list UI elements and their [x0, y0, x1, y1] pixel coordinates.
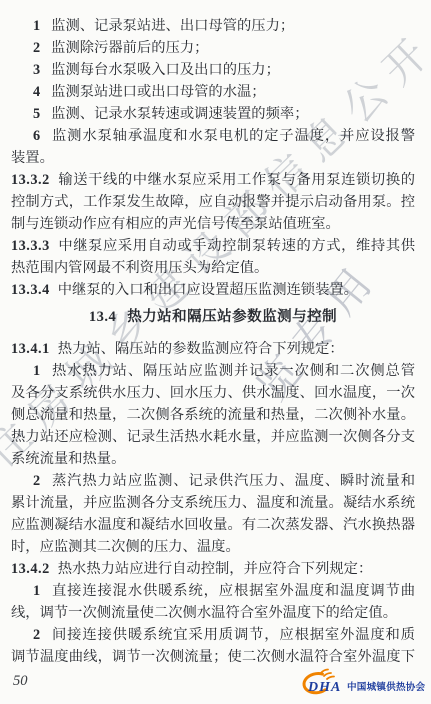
list-item-number: 2: [33, 473, 40, 489]
cdha-logo-icon: DHA 中国城镇供热协会: [295, 667, 427, 699]
line-text: 系统流量和热量。: [11, 451, 125, 467]
list-item-number: 1: [33, 583, 40, 599]
list-item-line: 6监测水泵轴承温度和水泵电机的定子温度，并应设报警: [11, 125, 415, 147]
list-item-number: 5: [33, 106, 40, 122]
line-text: 累计流量，并应监测各分支系统压力、温度和流量。凝结水系统: [11, 495, 415, 511]
line-text: 间接连接供暖系统宜采用质调节，应根据室外温度和质: [51, 627, 415, 643]
logo-name: 中国城镇供热协会: [347, 681, 426, 693]
section-heading: 13.4热力站和隔压站参数监测与控制: [11, 306, 415, 328]
continuation-line: 热力站还应检测、记录生活热水耗水量，并应监测一次侧各分支: [11, 426, 415, 448]
line-text: 及各分支系统供水压力、回水压力、供水温度、回水温度，一次: [11, 385, 415, 401]
line-text: 应监测凝结水温度和凝结水回收量。有二次蒸发器、汽水换热器: [11, 517, 415, 533]
page-number: 50: [13, 673, 28, 690]
line-text: 监测、记录水泵转速或调速装置的频率；: [51, 106, 308, 122]
logo-signal-arc-icon: [324, 673, 331, 676]
list-item-number: 2: [33, 627, 40, 643]
line-text: 监测每台水泵吸入口及出口的压力；: [51, 62, 280, 78]
continuation-line: 系统流量和热量。: [11, 448, 415, 470]
section-title: 热力站和隔压站参数监测与控制: [127, 309, 337, 325]
continuation-line: 调节温度曲线，调节一次侧流量；使二次侧水温符合室外温度下: [11, 646, 415, 668]
list-item-number: 1: [33, 363, 40, 379]
continuation-line: 控制方式，工作泵发生故障，应自动报警并提示启动备用泵。控: [11, 191, 415, 213]
clause-number: 13.4.2: [11, 561, 50, 577]
line-text: 直接连接混水供暖系统，应根据室外温度和温度调节曲: [51, 583, 415, 599]
continuation-line: 应监测凝结水温度和凝结水回收量。有二次蒸发器、汽水换热器: [11, 514, 415, 536]
clause-number: 13.4.1: [11, 341, 50, 357]
logo-signal-arc-icon: [327, 677, 334, 680]
list-item-number: 2: [33, 40, 40, 56]
document-page: 住房城乡建设部信息公开 览专用 1监测、记录泵站进、出口母管的压力；2监测除污器…: [0, 0, 431, 704]
line-text: 制与连锁动作应有相应的声光信号传至泵站值班室。: [11, 216, 340, 232]
list-item-line: 1监测、记录泵站进、出口母管的压力；: [11, 15, 415, 37]
line-text: 输送干线的中继水泵应采用工作泵与备用泵连锁切换的: [58, 172, 415, 188]
line-text: 热力站、隔压站的参数监测应符合下列规定：: [58, 341, 344, 357]
list-item-number: 6: [33, 128, 40, 144]
list-item-line: 2间接连接供暖系统宜采用质调节，应根据室外温度和质: [11, 624, 415, 646]
association-logo: DHA 中国城镇供热协会: [295, 667, 427, 704]
document-body: 1监测、记录泵站进、出口母管的压力；2监测除污器前后的压力；3监测每台水泵吸入口…: [11, 15, 415, 668]
line-text: 蒸汽热力站应监测、记录供汽压力、温度、瞬时流量和: [51, 473, 415, 489]
continuation-line: 累计流量，并应监测各分支系统压力、温度和流量。凝结水系统: [11, 492, 415, 514]
list-item-number: 3: [33, 62, 40, 78]
line-text: 监测、记录泵站进、出口母管的压力；: [51, 18, 294, 34]
continuation-line: 时，应监测其二次侧的压力、温度。: [11, 536, 415, 558]
line-text: 热力站还应检测、记录生活热水耗水量，并应监测一次侧各分支: [11, 429, 415, 445]
continuation-line: 制与连锁动作应有相应的声光信号传至泵站值班室。: [11, 213, 415, 235]
line-text: 线，调节一次侧流量使二次侧水温符合室外温度下的给定值。: [11, 605, 397, 621]
list-item-line: 1直接连接混水供暖系统，应根据室外温度和温度调节曲: [11, 580, 415, 602]
line-text: 中继泵的入口和出口应设置超压监测连锁装置。: [58, 282, 358, 298]
logo-abbr: DHA: [307, 680, 341, 695]
line-text: 时，应监测其二次侧的压力、温度。: [11, 539, 240, 555]
section-number: 13.4: [89, 309, 116, 325]
clause-line: 13.4.1热力站、隔压站的参数监测应符合下列规定：: [11, 338, 415, 360]
clause-line: 13.3.4中继泵的入口和出口应设置超压监测连锁装置。: [11, 279, 415, 301]
list-item-line: 5监测、记录水泵转速或调速装置的频率；: [11, 103, 415, 125]
continuation-line: 及各分支系统供水压力、回水压力、供水温度、回水温度，一次: [11, 382, 415, 404]
list-item-line: 2监测除污器前后的压力；: [11, 37, 415, 59]
list-item-number: 4: [33, 84, 40, 100]
clause-line: 13.4.2热水热力站应进行自动控制，并应符合下列规定：: [11, 558, 415, 580]
clause-line: 13.3.3中继泵应采用自动或手动控制泵转速的方式，维持其供: [11, 235, 415, 257]
line-text: 监测除污器前后的压力；: [51, 40, 208, 56]
line-text: 热水热力站、隔压站应监测并记录一次侧和二次侧总管: [51, 363, 415, 379]
list-item-line: 1热水热力站、隔压站应监测并记录一次侧和二次侧总管: [11, 360, 415, 382]
list-item-line: 3监测每台水泵吸入口及出口的压力；: [11, 59, 415, 81]
list-item-number: 1: [33, 18, 40, 34]
line-text: 侧总流量和热量，二次侧各系统的流量和热量，二次侧补水量。: [11, 407, 415, 423]
clause-line: 13.3.2输送干线的中继水泵应采用工作泵与备用泵连锁切换的: [11, 169, 415, 191]
line-text: 装置。: [11, 150, 54, 166]
line-text: 调节温度曲线，调节一次侧流量；使二次侧水温符合室外温度下: [11, 649, 415, 665]
continuation-line: 装置。: [11, 147, 415, 169]
line-text: 控制方式，工作泵发生故障，应自动报警并提示启动备用泵。控: [11, 194, 415, 210]
clause-number: 13.3.2: [11, 172, 50, 188]
continuation-line: 线，调节一次侧流量使二次侧水温符合室外温度下的给定值。: [11, 602, 415, 624]
clause-number: 13.3.4: [11, 282, 50, 298]
clause-number: 13.3.3: [11, 238, 50, 254]
line-text: 热范围内管网最不利资用压头为给定值。: [11, 260, 268, 276]
line-text: 中继泵应采用自动或手动控制泵转速的方式，维持其供: [58, 238, 415, 254]
logo-signal-arc-icon: [321, 670, 328, 674]
list-item-line: 4监测泵站进口或出口母管的水温；: [11, 81, 415, 103]
list-item-line: 2蒸汽热力站应监测、记录供汽压力、温度、瞬时流量和: [11, 470, 415, 492]
line-text: 监测水泵轴承温度和水泵电机的定子温度，并应设报警: [51, 128, 415, 144]
line-text: 热水热力站应进行自动控制，并应符合下列规定：: [58, 561, 373, 577]
line-text: 监测泵站进口或出口母管的水温；: [51, 84, 265, 100]
continuation-line: 侧总流量和热量，二次侧各系统的流量和热量，二次侧补水量。: [11, 404, 415, 426]
continuation-line: 热范围内管网最不利资用压头为给定值。: [11, 257, 415, 279]
